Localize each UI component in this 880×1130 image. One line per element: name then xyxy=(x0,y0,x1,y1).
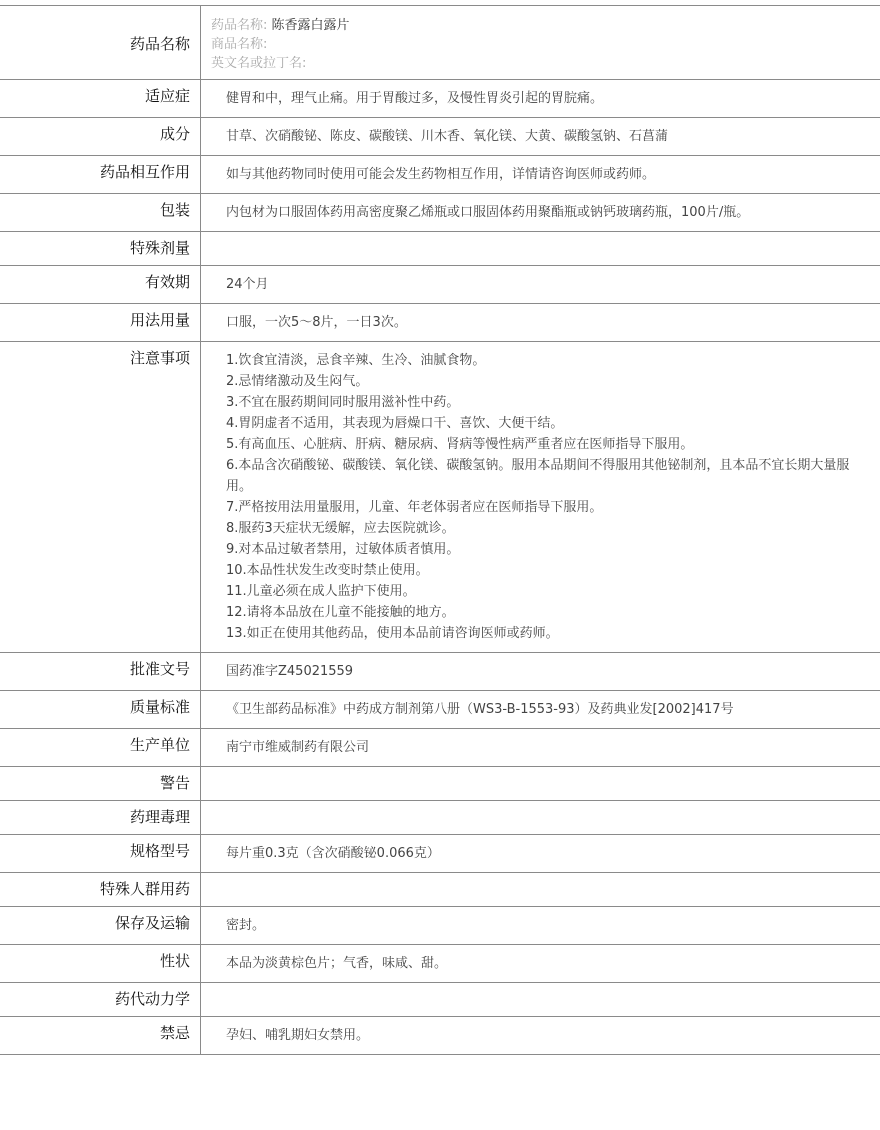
precaution-item: 5.有高血压、心脏病、肝病、糖尿病、肾病等慢性病严重者应在医师指导下服用。 xyxy=(226,434,870,455)
row-precautions: 注意事项 1.饮食宜清淡，忌食辛辣、生冷、油腻食物。 2.忌情绪激动及生闷气。 … xyxy=(0,342,880,653)
label-precautions: 注意事项 xyxy=(0,342,201,653)
row-storage: 保存及运输 密封。 xyxy=(0,907,880,945)
label-pharmacology: 药理毒理 xyxy=(0,801,201,835)
value-indications: 健胃和中，理气止痛。用于胃酸过多，及慢性胃炎引起的胃脘痛。 xyxy=(201,80,880,118)
label-description: 性状 xyxy=(0,945,201,983)
row-dosage: 用法用量 口服，一次5～8片，一日3次。 xyxy=(0,304,880,342)
label-special-dosage: 特殊剂量 xyxy=(0,232,201,266)
precaution-item: 9.对本品过敏者禁用，过敏体质者慎用。 xyxy=(226,539,870,560)
trade-name-line: 商品名称: xyxy=(211,35,870,54)
precaution-item: 11.儿童必须在成人监护下使用。 xyxy=(226,581,870,602)
row-contraindications: 禁忌 孕妇、哺乳期妇女禁用。 xyxy=(0,1017,880,1055)
row-quality-standard: 质量标准 《卫生部药品标准》中药成方制剂第八册（WS3-B-1553-93）及药… xyxy=(0,691,880,729)
english-name-key: 英文名或拉丁名: xyxy=(211,56,306,71)
label-dosage: 用法用量 xyxy=(0,304,201,342)
row-pharmacology: 药理毒理 xyxy=(0,801,880,835)
precaution-item: 8.服药3天症状无缓解，应去医院就诊。 xyxy=(226,518,870,539)
label-indications: 适应症 xyxy=(0,80,201,118)
value-manufacturer: 南宁市维威制药有限公司 xyxy=(201,729,880,767)
label-quality-standard: 质量标准 xyxy=(0,691,201,729)
row-warning: 警告 xyxy=(0,767,880,801)
value-contraindications: 孕妇、哺乳期妇女禁用。 xyxy=(201,1017,880,1055)
label-pharmacokinetics: 药代动力学 xyxy=(0,983,201,1017)
label-drug-name: 药品名称 xyxy=(0,6,201,80)
label-shelf-life: 有效期 xyxy=(0,266,201,304)
label-ingredients: 成分 xyxy=(0,118,201,156)
generic-name-key: 药品名称: xyxy=(211,18,267,33)
precaution-item: 6.本品含次硝酸铋、碳酸镁、氧化镁、碳酸氢钠。服用本品期间不得服用其他铋制剂，且… xyxy=(226,455,870,497)
value-ingredients: 甘草、次硝酸铋、陈皮、碳酸镁、川木香、氧化镁、大黄、碳酸氢钠、石菖蒲 xyxy=(201,118,880,156)
value-dosage: 口服，一次5～8片，一日3次。 xyxy=(201,304,880,342)
row-shelf-life: 有效期 24个月 xyxy=(0,266,880,304)
precaution-item: 1.饮食宜清淡，忌食辛辣、生冷、油腻食物。 xyxy=(226,350,870,371)
row-approval-number: 批准文号 国药准字Z45021559 xyxy=(0,653,880,691)
label-warning: 警告 xyxy=(0,767,201,801)
value-shelf-life: 24个月 xyxy=(201,266,880,304)
row-interactions: 药品相互作用 如与其他药物同时使用可能会发生药物相互作用，详情请咨询医师或药师。 xyxy=(0,156,880,194)
drug-spec-table: 药品名称 药品名称: 陈香露白露片 商品名称: 英文名或拉丁名: 适应症 健胃和… xyxy=(0,5,880,1055)
value-warning xyxy=(201,767,880,801)
row-specification: 规格型号 每片重0.3克（含次硝酸铋0.066克） xyxy=(0,835,880,873)
value-drug-name: 药品名称: 陈香露白露片 商品名称: 英文名或拉丁名: xyxy=(201,6,880,80)
value-quality-standard: 《卫生部药品标准》中药成方制剂第八册（WS3-B-1553-93）及药典业发[2… xyxy=(201,691,880,729)
label-storage: 保存及运输 xyxy=(0,907,201,945)
precaution-item: 2.忌情绪激动及生闷气。 xyxy=(226,371,870,392)
english-name-line: 英文名或拉丁名: xyxy=(211,54,870,73)
value-pharmacology xyxy=(201,801,880,835)
row-description: 性状 本品为淡黄棕色片；气香，味咸、甜。 xyxy=(0,945,880,983)
value-special-populations xyxy=(201,873,880,907)
row-indications: 适应症 健胃和中，理气止痛。用于胃酸过多，及慢性胃炎引起的胃脘痛。 xyxy=(0,80,880,118)
value-storage: 密封。 xyxy=(201,907,880,945)
precaution-item: 4.胃阴虚者不适用，其表现为唇燥口干、喜饮、大便干结。 xyxy=(226,413,870,434)
value-interactions: 如与其他药物同时使用可能会发生药物相互作用，详情请咨询医师或药师。 xyxy=(201,156,880,194)
label-approval-number: 批准文号 xyxy=(0,653,201,691)
value-approval-number: 国药准字Z45021559 xyxy=(201,653,880,691)
label-interactions: 药品相互作用 xyxy=(0,156,201,194)
label-packaging: 包装 xyxy=(0,194,201,232)
value-description: 本品为淡黄棕色片；气香，味咸、甜。 xyxy=(201,945,880,983)
precaution-item: 3.不宜在服药期间同时服用滋补性中药。 xyxy=(226,392,870,413)
row-special-populations: 特殊人群用药 xyxy=(0,873,880,907)
precaution-item: 10.本品性状发生改变时禁止使用。 xyxy=(226,560,870,581)
value-special-dosage xyxy=(201,232,880,266)
row-manufacturer: 生产单位 南宁市维威制药有限公司 xyxy=(0,729,880,767)
trade-name-key: 商品名称: xyxy=(211,37,267,52)
value-precautions: 1.饮食宜清淡，忌食辛辣、生冷、油腻食物。 2.忌情绪激动及生闷气。 3.不宜在… xyxy=(201,342,880,653)
row-pharmacokinetics: 药代动力学 xyxy=(0,983,880,1017)
generic-name-value: 陈香露白露片 xyxy=(272,18,350,33)
value-pharmacokinetics xyxy=(201,983,880,1017)
label-manufacturer: 生产单位 xyxy=(0,729,201,767)
row-drug-name: 药品名称 药品名称: 陈香露白露片 商品名称: 英文名或拉丁名: xyxy=(0,6,880,80)
row-ingredients: 成分 甘草、次硝酸铋、陈皮、碳酸镁、川木香、氧化镁、大黄、碳酸氢钠、石菖蒲 xyxy=(0,118,880,156)
label-specification: 规格型号 xyxy=(0,835,201,873)
label-special-populations: 特殊人群用药 xyxy=(0,873,201,907)
value-specification: 每片重0.3克（含次硝酸铋0.066克） xyxy=(201,835,880,873)
label-contraindications: 禁忌 xyxy=(0,1017,201,1055)
value-packaging: 内包材为口服固体药用高密度聚乙烯瓶或口服固体药用聚酯瓶或钠钙玻璃药瓶，100片/… xyxy=(201,194,880,232)
row-special-dosage: 特殊剂量 xyxy=(0,232,880,266)
row-packaging: 包装 内包材为口服固体药用高密度聚乙烯瓶或口服固体药用聚酯瓶或钠钙玻璃药瓶，10… xyxy=(0,194,880,232)
precaution-item: 13.如正在使用其他药品，使用本品前请咨询医师或药师。 xyxy=(226,623,870,644)
generic-name-line: 药品名称: 陈香露白露片 xyxy=(211,16,870,35)
precaution-item: 12.请将本品放在儿童不能接触的地方。 xyxy=(226,602,870,623)
precaution-item: 7.严格按用法用量服用，儿童、年老体弱者应在医师指导下服用。 xyxy=(226,497,870,518)
